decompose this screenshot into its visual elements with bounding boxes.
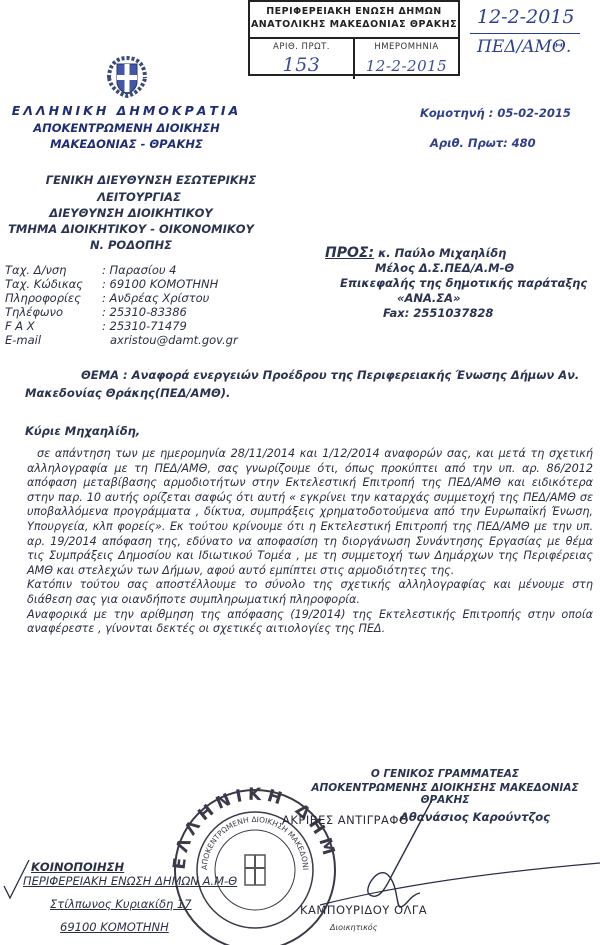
greeting: Κύριε Μηχαηλίδη, (25, 424, 140, 438)
contact-label: E-mail (5, 333, 102, 347)
reception-stamp: ΠΕΡΙΦΕΡΕΙΑΚΗ ΕΝΩΣΗ ΔΗΜΩΝ ΑΝΑΤΟΛΙΚΗΣ ΜΑΚΕ… (248, 0, 460, 76)
stamp-protocol-label: ΑΡΙΘ. ΠΡΩΤ. (250, 42, 353, 52)
subject-text: ΘΕΜΑ : Αναφορά ενεργειών Προέδρου της Πε… (25, 368, 579, 400)
stamp-date-value: 12-2-2015 (355, 57, 458, 75)
contact-label: Ταχ. Κώδικας (5, 277, 102, 291)
recipient-fax: Fax: 2551037828 (300, 306, 600, 321)
body-paragraph: Κατόπιν τούτου σας αποστέλλουμε το σύνολ… (27, 578, 593, 607)
body-paragraph: Αναφορικά με την αρίθμηση της απόφασης (… (27, 608, 593, 637)
department-line: ΔΙΕΥΘΥΝΣΗ ΔΙΟΙΚΗΤΙΚΟΥ (0, 206, 262, 220)
contact-value: : 25310-83386 (102, 305, 187, 319)
contact-row: E-mailaxristou@damt.gov.gr (5, 333, 238, 347)
contact-label: Ταχ. Δ/νση (5, 263, 102, 277)
subject-line: ΘΕΜΑ : Αναφορά ενεργειών Προέδρου της Πε… (25, 366, 590, 402)
cc-address: Στίλπωνος Κυριακίδη 17 (15, 894, 237, 914)
contact-label: Τηλέφωνο (5, 305, 102, 319)
department-line: ΤΜΗΜΑ ΔΙΟΙΚΗΤΙΚΟΥ - ΟΙΚΟΝΟΜΙΚΟΥ (0, 222, 262, 236)
place-date: Κομοτηνή : 05-02-2015 (420, 106, 571, 120)
recipient-role: Μέλος Δ.Σ.ΠΕΔ/Α.Μ-Θ (300, 261, 600, 276)
department-line: ΓΕΝΙΚΗ ΔΙΕΥΘΥΝΣΗ ΕΣΩΤΕΡΙΚΗΣ (20, 173, 282, 187)
contact-value: : 69100 ΚΟΜΟΤΗΝΗ (102, 277, 218, 291)
handwritten-date: 12-2-2015 (477, 6, 574, 28)
contact-details: Ταχ. Δ/νση: Παρασίου 4 Ταχ. Κώδικας: 691… (5, 263, 238, 347)
certifier-role: Διοικητικός (330, 923, 377, 932)
stamp-org-line1: ΠΕΡΙΦΕΡΕΙΑΚΗ ΕΝΩΣΗ ΔΗΜΩΝ (250, 5, 458, 18)
recipient-faction: Επικεφαλής της δημοτικής παράταξης (300, 276, 600, 291)
letter-body: σε απάντηση των με ημερομηνία 28/11/2014… (27, 447, 593, 637)
department-line: Ν. ΡΟΔΟΠΗΣ (0, 238, 262, 252)
stamp-org-line2: ΑΝΑΤΟΛΙΚΗΣ ΜΑΚΕΔΟΝΙΑΣ ΘΡΑΚΗΣ (250, 18, 458, 31)
cc-city: 69100 ΚΟΜΟΤΗΝΗ (15, 917, 237, 937)
authority-line2: ΜΑΚΕΔΟΝΙΑΣ - ΘΡΑΚΗΣ (0, 137, 253, 151)
stamp-protocol-value: 153 (250, 54, 353, 76)
certified-copy-stamp: ΑΚΡΙΒΕΣ ΑΝΤΙΓΡΑΦΟ (282, 813, 409, 827)
contact-label: Πληροφορίες (5, 291, 102, 305)
contact-row: Πληροφορίες: Ανδρέας Χρίστου (5, 291, 238, 305)
contact-row: Τηλέφωνο: 25310-83386 (5, 305, 238, 319)
department-line: ΛΕΙΤΟΥΡΓΙΑΣ (8, 190, 270, 204)
certifier-name: ΚΑΜΠΟΥΡΙΔΟΥ ΟΛΓΑ (300, 903, 427, 917)
recipient-name: κ. Παύλο Μιχαηλίδη (378, 246, 506, 260)
greek-coat-of-arms-icon (103, 52, 151, 100)
contact-value: : Παρασίου 4 (102, 263, 176, 277)
cc-block: ΚΟΙΝΟΠΟΙΗΣΗ ΠΕΡΙΦΕΡΕΙΑΚΗ ΕΝΩΣΗ ΔΗΜΩΝ Α.Μ… (15, 857, 237, 937)
body-paragraph: σε απάντηση των με ημερομηνία 28/11/2014… (27, 447, 593, 578)
contact-value: : 25310-71479 (102, 319, 187, 333)
cc-organization: ΠΕΡΙΦΕΡΕΙΑΚΗ ΕΝΩΣΗ ΔΗΜΩΝ Α.Μ-Θ (15, 871, 237, 891)
contact-row: Ταχ. Δ/νση: Παρασίου 4 (5, 263, 238, 277)
contact-row: Ταχ. Κώδικας: 69100 ΚΟΜΟΤΗΝΗ (5, 277, 238, 291)
protocol-number: Αριθ. Πρωτ: 480 (430, 136, 536, 150)
contact-row: F A X: 25310-71479 (5, 319, 238, 333)
contact-email: axristou@damt.gov.gr (102, 333, 238, 347)
stamp-date-label: ΗΜΕΡΟΜΗΝΙΑ (355, 42, 458, 52)
country-title: ΕΛΛΗΝΙΚΗ ΔΗΜΟΚΡΑΤΙΑ (0, 103, 253, 118)
recipient-label: ΠΡΟΣ: (325, 245, 374, 261)
authority-line1: ΑΠΟΚΕΝΤΡΩΜΕΝΗ ΔΙΟΙΚΗΣΗ (0, 121, 253, 135)
recipient-faction-name: «ΑΝΑ.ΣΑ» (300, 291, 600, 306)
handwritten-ref: ΠΕΔ/ΑΜΘ. (477, 37, 571, 57)
handwritten-underline (470, 33, 580, 34)
contact-label: F A X (5, 319, 102, 333)
contact-value: : Ανδρέας Χρίστου (102, 291, 209, 305)
recipient-block: ΠΡΟΣ: κ. Παύλο Μιχαηλίδη Μέλος Δ.Σ.ΠΕΔ/Α… (300, 246, 600, 321)
